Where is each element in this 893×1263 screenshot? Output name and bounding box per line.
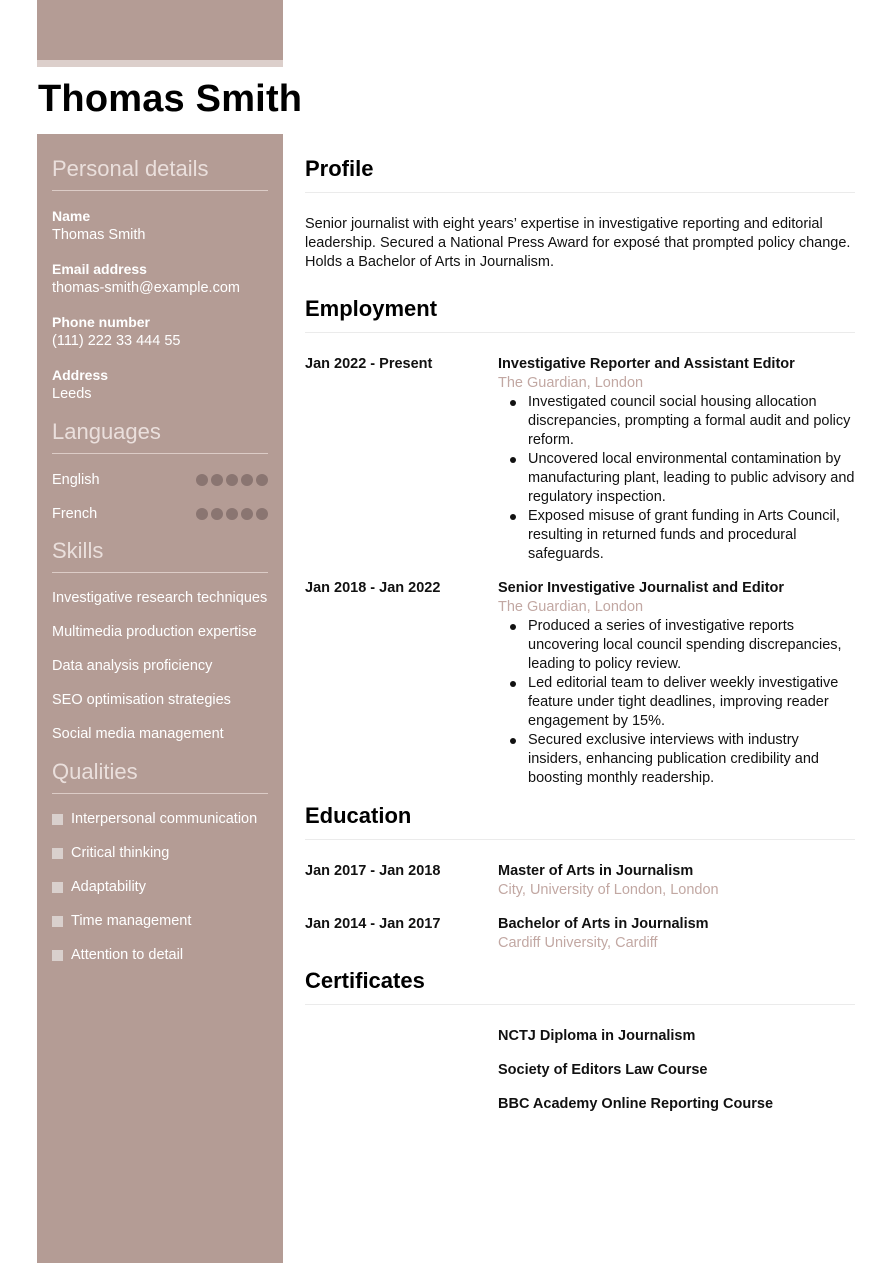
phone-link[interactable]: (111) 222 33 444 55 xyxy=(52,332,268,351)
rating-dot-icon xyxy=(196,474,208,486)
employment-entry: Jan 2022 - PresentInvestigative Reporter… xyxy=(305,355,855,564)
achievement-item: Uncovered local environmental contaminat… xyxy=(498,450,855,507)
languages-list: EnglishFrench xyxy=(52,470,268,523)
qualities-section: Qualities Interpersonal communicationCri… xyxy=(52,759,268,965)
achievement-list: Produced a series of investigative repor… xyxy=(498,617,855,788)
certificates-heading: Certificates xyxy=(305,968,855,1005)
square-bullet-icon xyxy=(52,814,63,825)
detail-phone: Phone number (111) 222 33 444 55 xyxy=(52,313,268,351)
language-item: French xyxy=(52,504,268,523)
skill-item: Investigative research techniques xyxy=(52,589,268,608)
detail-label: Address xyxy=(52,366,268,385)
entry-body: Bachelor of Arts in JournalismCardiff Un… xyxy=(498,915,855,953)
detail-label: Email address xyxy=(52,260,268,279)
header-decor-strip xyxy=(37,60,283,67)
education-section: Education Jan 2017 - Jan 2018Master of A… xyxy=(305,803,855,953)
employer: The Guardian, London xyxy=(498,374,855,393)
detail-address: Address Leeds xyxy=(52,366,268,404)
certificates-list: NCTJ Diploma in JournalismSociety of Edi… xyxy=(305,1027,855,1114)
achievement-item: Secured exclusive interviews with indust… xyxy=(498,731,855,788)
quality-label: Critical thinking xyxy=(71,844,169,863)
skill-item: Social media management xyxy=(52,725,268,744)
skills-heading: Skills xyxy=(52,538,268,573)
qualities-heading: Qualities xyxy=(52,759,268,794)
entry-date: Jan 2018 - Jan 2022 xyxy=(305,579,498,788)
language-rating xyxy=(196,508,268,520)
entry-body: Investigative Reporter and Assistant Edi… xyxy=(498,355,855,564)
detail-name: Name Thomas Smith xyxy=(52,207,268,245)
rating-dot-icon xyxy=(241,508,253,520)
square-bullet-icon xyxy=(52,848,63,859)
quality-item: Adaptability xyxy=(52,878,268,897)
certificate-item: NCTJ Diploma in Journalism xyxy=(498,1027,855,1046)
detail-email: Email address thomas-smith@example.com xyxy=(52,260,268,298)
quality-item: Critical thinking xyxy=(52,844,268,863)
detail-value: Leeds xyxy=(52,385,268,404)
entry-body: Master of Arts in JournalismCity, Univer… xyxy=(498,862,855,900)
square-bullet-icon xyxy=(52,950,63,961)
qualities-list: Interpersonal communicationCritical thin… xyxy=(52,810,268,965)
email-link[interactable]: thomas-smith@example.com xyxy=(52,279,268,298)
rating-dot-icon xyxy=(256,474,268,486)
profile-section: Profile Senior journalist with eight yea… xyxy=(305,156,855,272)
achievement-item: Investigated council social housing allo… xyxy=(498,393,855,450)
language-rating xyxy=(196,474,268,486)
quality-item: Attention to detail xyxy=(52,946,268,965)
achievement-item: Produced a series of investigative repor… xyxy=(498,617,855,674)
quality-label: Adaptability xyxy=(71,878,146,897)
rating-dot-icon xyxy=(196,508,208,520)
rating-dot-icon xyxy=(211,474,223,486)
skills-section: Skills Investigative research techniques… xyxy=(52,538,268,744)
square-bullet-icon xyxy=(52,882,63,893)
detail-label: Name xyxy=(52,207,268,226)
quality-label: Time management xyxy=(71,912,191,931)
quality-item: Interpersonal communication xyxy=(52,810,268,829)
language-name: English xyxy=(52,472,100,488)
employment-list: Jan 2022 - PresentInvestigative Reporter… xyxy=(305,355,855,788)
education-entry: Jan 2017 - Jan 2018Master of Arts in Jou… xyxy=(305,862,855,900)
institution: City, University of London, London xyxy=(498,881,855,900)
language-name: French xyxy=(52,506,97,522)
languages-section: Languages EnglishFrench xyxy=(52,419,268,523)
achievement-item: Exposed misuse of grant funding in Arts … xyxy=(498,507,855,564)
employer: The Guardian, London xyxy=(498,598,855,617)
rating-dot-icon xyxy=(211,508,223,520)
main-content: Profile Senior journalist with eight yea… xyxy=(305,156,855,1129)
detail-label: Phone number xyxy=(52,313,268,332)
personal-details-heading: Personal details xyxy=(52,156,268,191)
rating-dot-icon xyxy=(256,508,268,520)
certificates-section: Certificates NCTJ Diploma in JournalismS… xyxy=(305,968,855,1114)
education-heading: Education xyxy=(305,803,855,840)
education-list: Jan 2017 - Jan 2018Master of Arts in Jou… xyxy=(305,862,855,953)
profile-summary: Senior journalist with eight years’ expe… xyxy=(305,215,855,272)
detail-value: Thomas Smith xyxy=(52,226,268,245)
institution: Cardiff University, Cardiff xyxy=(498,934,855,953)
entry-body: Senior Investigative Journalist and Edit… xyxy=(498,579,855,788)
rating-dot-icon xyxy=(226,508,238,520)
rating-dot-icon xyxy=(241,474,253,486)
header-decor-block xyxy=(37,0,283,60)
skill-item: Multimedia production expertise xyxy=(52,623,268,642)
quality-label: Attention to detail xyxy=(71,946,183,965)
entry-date: Jan 2022 - Present xyxy=(305,355,498,564)
skill-item: SEO optimisation strategies xyxy=(52,691,268,710)
languages-heading: Languages xyxy=(52,419,268,454)
rating-dot-icon xyxy=(226,474,238,486)
skills-list: Investigative research techniquesMultime… xyxy=(52,589,268,744)
square-bullet-icon xyxy=(52,916,63,927)
quality-item: Time management xyxy=(52,912,268,931)
entry-date: Jan 2014 - Jan 2017 xyxy=(305,915,498,953)
achievement-item: Led editorial team to deliver weekly inv… xyxy=(498,674,855,731)
personal-details-section: Personal details Name Thomas Smith Email… xyxy=(52,156,268,404)
sidebar: Personal details Name Thomas Smith Email… xyxy=(37,134,283,1263)
profile-heading: Profile xyxy=(305,156,855,193)
education-entry: Jan 2014 - Jan 2017Bachelor of Arts in J… xyxy=(305,915,855,953)
job-title: Investigative Reporter and Assistant Edi… xyxy=(498,355,855,374)
employment-section: Employment Jan 2022 - PresentInvestigati… xyxy=(305,296,855,788)
candidate-name: Thomas Smith xyxy=(38,78,302,121)
job-title: Senior Investigative Journalist and Edit… xyxy=(498,579,855,598)
quality-label: Interpersonal communication xyxy=(71,810,257,829)
degree-title: Master of Arts in Journalism xyxy=(498,862,855,881)
language-item: English xyxy=(52,470,268,489)
certificate-item: Society of Editors Law Course xyxy=(498,1061,855,1080)
skill-item: Data analysis proficiency xyxy=(52,657,268,676)
entry-date: Jan 2017 - Jan 2018 xyxy=(305,862,498,900)
degree-title: Bachelor of Arts in Journalism xyxy=(498,915,855,934)
employment-entry: Jan 2018 - Jan 2022Senior Investigative … xyxy=(305,579,855,788)
employment-heading: Employment xyxy=(305,296,855,333)
certificate-item: BBC Academy Online Reporting Course xyxy=(498,1095,855,1114)
achievement-list: Investigated council social housing allo… xyxy=(498,393,855,564)
